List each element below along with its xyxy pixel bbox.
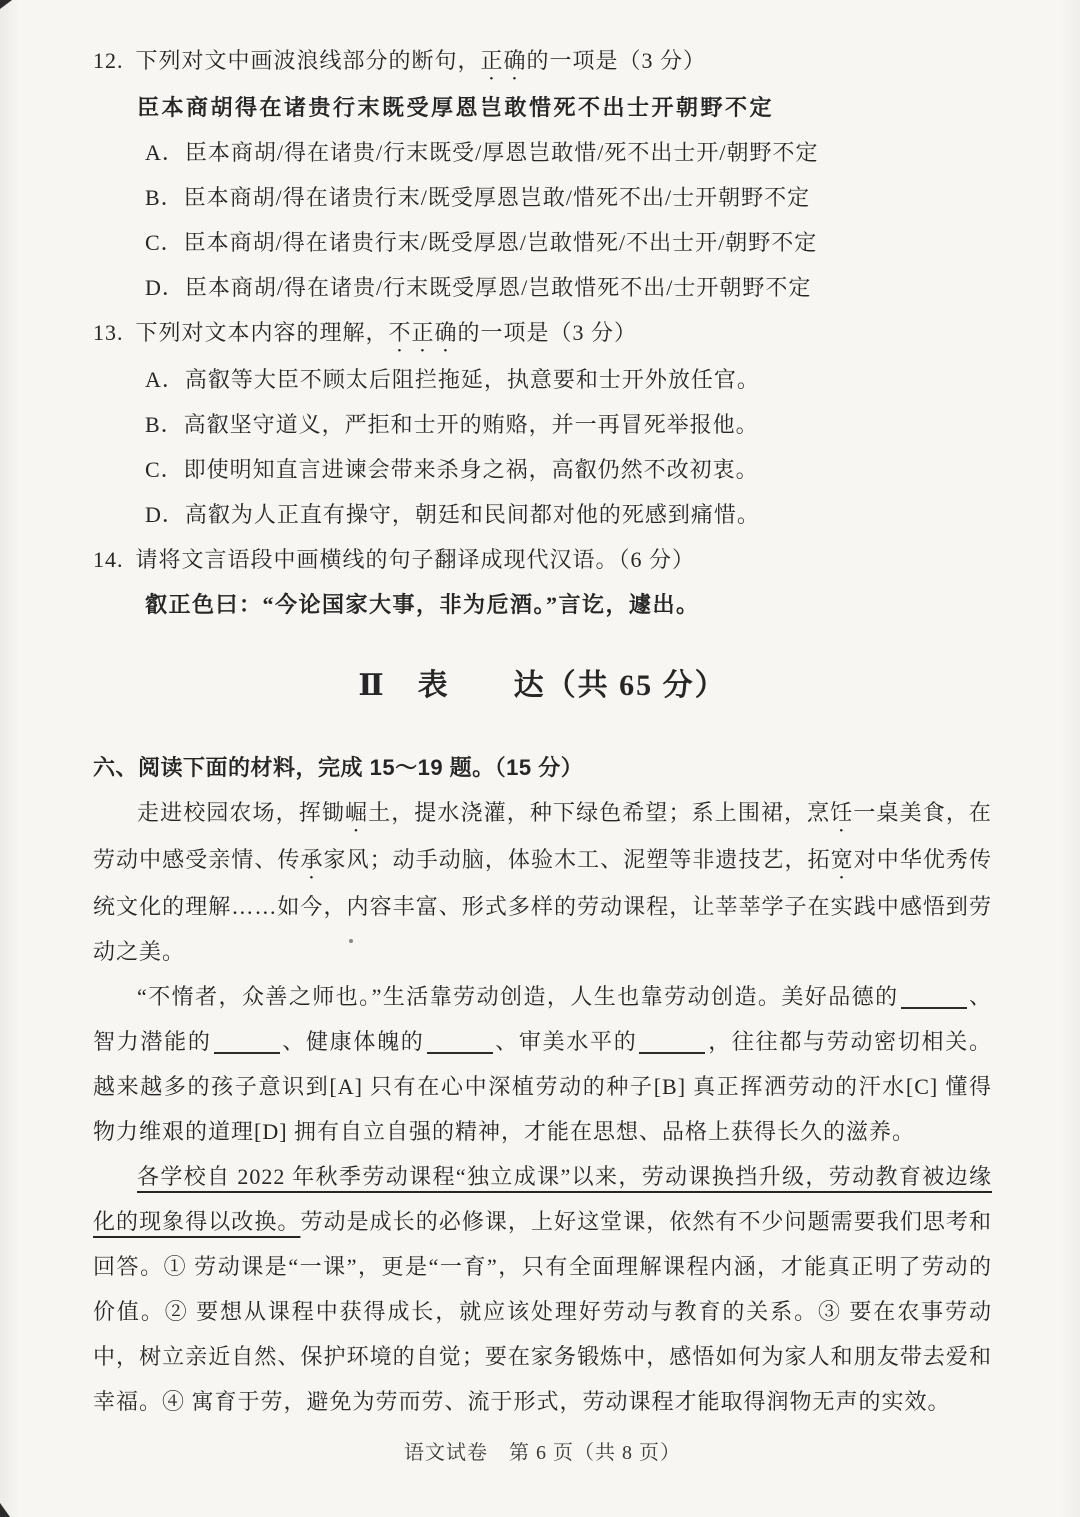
p1-emphasized-char-2: 饪: [830, 800, 853, 825]
question-12-option-c: C．臣本商胡/得在诸贵行末/既受厚恩/岂敢惜死/不出士开/朝野不定: [93, 220, 992, 265]
question-14: 14.请将文言语段中画横线的句子翻译成现代汉语。（6 分） 叡正色曰：“今论国家…: [93, 537, 992, 627]
question-12-number: 12.: [93, 48, 124, 73]
section-2-heading: Ⅱ 表 达（共 65 分）: [93, 661, 992, 711]
question-13-option-a: A．高叡等大臣不顾太后阻拦拖延，执意要和士开外放任官。: [93, 357, 992, 402]
question-12: 12.下列对文中画波浪线部分的断句，正确的一项是（3 分） 臣本商胡得在诸贵行末…: [93, 38, 992, 310]
section-6-heading: 六、阅读下面的材料，完成 15～19 题。（15 分）: [93, 745, 992, 790]
question-12-passage-quote: 臣本商胡得在诸贵行末既受厚恩岂敢惜死不出士开朝野不定: [93, 85, 992, 130]
question-13-option-c: C．即使明知直言进谏会带来杀身之祸，高叡仍然不改初衷。: [93, 447, 992, 492]
p2-text-3: 、健康体魄的: [282, 1029, 425, 1054]
fill-in-blank-2: [214, 1029, 280, 1054]
question-13-option-d: D．高叡为人正直有操守，朝廷和民间都对他的死感到痛惜。: [93, 492, 992, 537]
material-paragraph-3: 各学校自 2022 年秋季劳动课程“独立成课”以来，劳动课换挡升级，劳动教育被边…: [93, 1154, 992, 1424]
p1-emphasized-char-4: 宽: [831, 847, 854, 872]
question-13-stem: 13.下列对文本内容的理解，不正确的一项是（3 分）: [93, 310, 992, 357]
question-13-stem-pre: 下列对文本内容的理解，: [136, 320, 389, 345]
page-footer: 语文试卷 第 6 页（共 8 页）: [93, 1438, 992, 1468]
question-12-stem: 12.下列对文中画波浪线部分的断句，正确的一项是（3 分）: [93, 38, 992, 85]
question-13: 13.下列对文本内容的理解，不正确的一项是（3 分） A．高叡等大臣不顾太后阻拦…: [93, 310, 992, 537]
question-13-stem-post: 的一项是（3 分）: [458, 320, 638, 345]
p1-text-4: 家风；动手动脑，体验木工、泥塑等非遗技艺，拓: [324, 847, 831, 872]
question-14-stem-text: 请将文言语段中画横线的句子翻译成现代汉语。（6 分）: [136, 547, 696, 572]
p1-emphasized-char-1: 崛: [345, 800, 368, 825]
p1-emphasized-char-3: 承: [300, 847, 323, 872]
question-12-option-d: D．臣本商胡/得在诸贵/行末既受厚恩/岂敢惜死不出/士开朝野不定: [93, 265, 992, 310]
question-12-stem-emphasis: 正确: [481, 48, 527, 73]
material-paragraph-1: 走进校园农场，挥锄崛土，提水浇灌，种下绿色希望；系上围裙，烹饪一桌美食，在劳动中…: [93, 790, 992, 974]
question-13-option-b: B．高叡坚守道义，严拒和士开的贿赂，并一再冒死举报他。: [93, 402, 992, 447]
fill-in-blank-4: [639, 1029, 705, 1054]
section-6-reading: 六、阅读下面的材料，完成 15～19 题。（15 分） 走进校园农场，挥锄崛土，…: [93, 745, 992, 1424]
p2-text-4: 、审美水平的: [495, 1029, 638, 1054]
question-12-stem-pre: 下列对文中画波浪线部分的断句，: [136, 48, 481, 73]
question-14-number: 14.: [93, 547, 124, 572]
p3-text: 劳动是成长的必修课，上好这堂课，依然有不少问题需要我们思考和回答。① 劳动课是“…: [93, 1209, 992, 1414]
scan-artifact-bottom-left: [0, 1503, 10, 1517]
scan-speck: [349, 939, 353, 943]
question-14-stem: 14.请将文言语段中画横线的句子翻译成现代汉语。（6 分）: [93, 537, 992, 582]
material-paragraph-2: “不惰者，众善之师也。”生活靠劳动创造，人生也靠劳动创造。美好品德的、智力潜能的…: [93, 974, 992, 1154]
p1-text-1: 走进校园农场，挥锄: [137, 800, 345, 825]
p2-text-1: “不惰者，众善之师也。”生活靠劳动创造，人生也靠劳动创造。美好品德的: [137, 984, 899, 1009]
fill-in-blank-1: [901, 984, 967, 1009]
fill-in-blank-3: [427, 1029, 493, 1054]
question-12-option-b: B．臣本商胡/得在诸贵行末/既受厚恩岂敢/惜死不出/士开朝野不定: [93, 175, 992, 220]
p1-text-2: 土，提水浇灌，种下绿色希望；系上围裙，烹: [368, 800, 830, 825]
question-14-translation-sentence: 叡正色曰：“今论国家大事，非为卮酒。”言讫，遽出。: [93, 582, 992, 627]
question-13-stem-emphasis: 不正确: [389, 320, 458, 345]
question-12-option-a: A．臣本商胡/得在诸贵/行末既受/厚恩岂敢惜/死不出士开/朝野不定: [93, 130, 992, 175]
question-12-stem-post: 的一项是（3 分）: [527, 48, 707, 73]
question-13-number: 13.: [93, 320, 124, 345]
exam-page: 12.下列对文中画波浪线部分的断句，正确的一项是（3 分） 臣本商胡得在诸贵行末…: [0, 0, 1080, 1468]
